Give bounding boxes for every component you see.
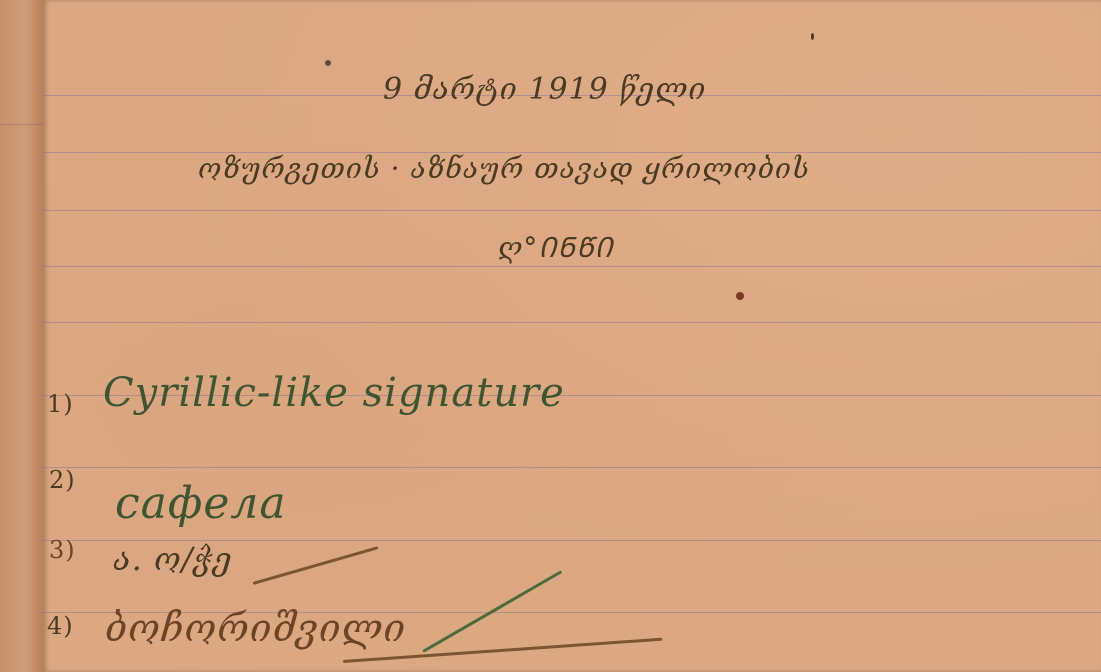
item-signature: ბოჩორიშვილი bbox=[105, 606, 406, 650]
item-number: 3) bbox=[49, 536, 76, 564]
ledger-page: 9 მარტი 1919 წელი ოზურგეთის · აზნაურ თავ… bbox=[43, 0, 1101, 672]
ruled-line bbox=[43, 266, 1101, 267]
adjacent-page-edge bbox=[0, 0, 43, 672]
item-signature: ა. ო/ჭე bbox=[113, 540, 232, 578]
ink-mark bbox=[811, 33, 814, 40]
date-line: 9 მარტი 1919 წელი bbox=[383, 72, 706, 107]
ink-spot bbox=[736, 292, 744, 300]
ruled-line bbox=[43, 322, 1101, 323]
item-number: 1) bbox=[47, 390, 74, 418]
item-signature: сафела bbox=[115, 478, 287, 529]
ruled-line bbox=[43, 210, 1101, 211]
item-number: 4) bbox=[47, 612, 74, 640]
item-signature: Cyrillic-like signature bbox=[103, 370, 565, 416]
ruled-line bbox=[0, 124, 43, 125]
ruled-line bbox=[43, 467, 1101, 468]
pen-stroke bbox=[253, 546, 379, 585]
title-line: ოზურგეთის · აზნაურ თავად ყრილობის bbox=[198, 152, 810, 185]
item-number: 2) bbox=[49, 466, 76, 494]
subtitle-line: ღ°ᲘᲜᲬᲘ bbox=[498, 228, 613, 266]
ink-spot bbox=[325, 60, 331, 66]
